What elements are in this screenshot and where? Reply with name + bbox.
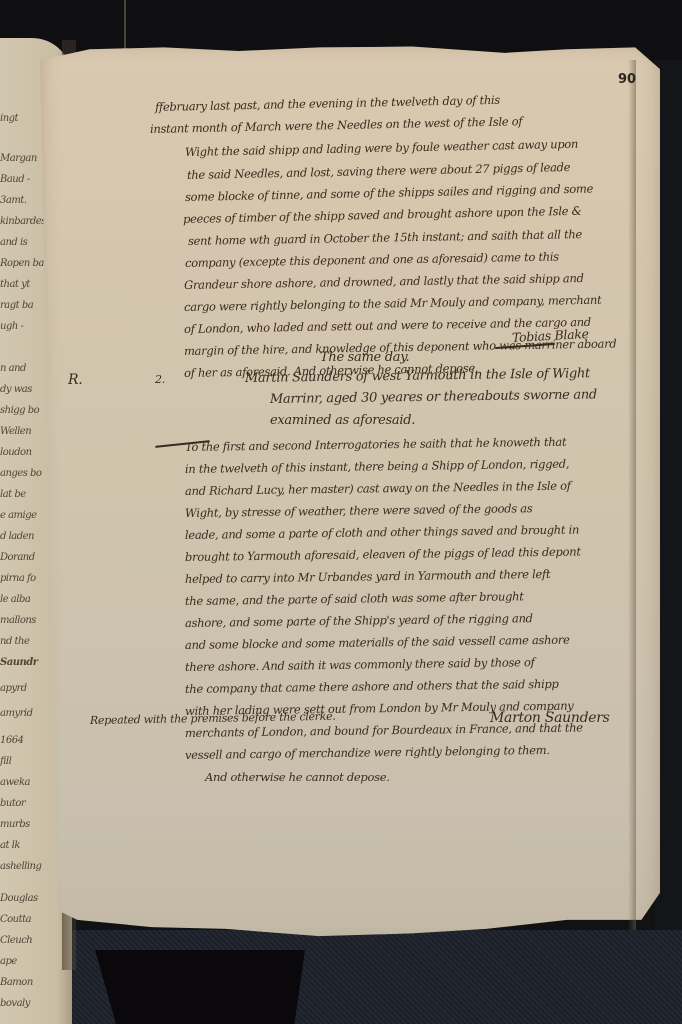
item-number: 2.	[155, 373, 165, 386]
left-page-fragment: ape	[0, 951, 70, 972]
page-edge-shading	[628, 60, 636, 930]
left-page-fragment: Coutta	[0, 909, 70, 930]
left-page-fragment: Bamon	[0, 972, 70, 993]
dark-cloth	[95, 950, 305, 1024]
signature-martin-saunders: Marton Saunders	[490, 710, 610, 726]
margin-mark: R.	[68, 372, 82, 388]
dateline: The same day.	[320, 350, 409, 365]
background-stand-edge	[124, 0, 126, 50]
mesh-background-bottom	[0, 930, 682, 1024]
left-page-fragment: bovaly	[0, 993, 70, 1014]
text-line: And otherwise he cannot depose.	[205, 770, 390, 784]
left-page-fragment: Cleuch	[0, 930, 70, 951]
folio-number: 90	[618, 72, 636, 87]
deponent-line: examined as aforesaid.	[270, 413, 415, 428]
